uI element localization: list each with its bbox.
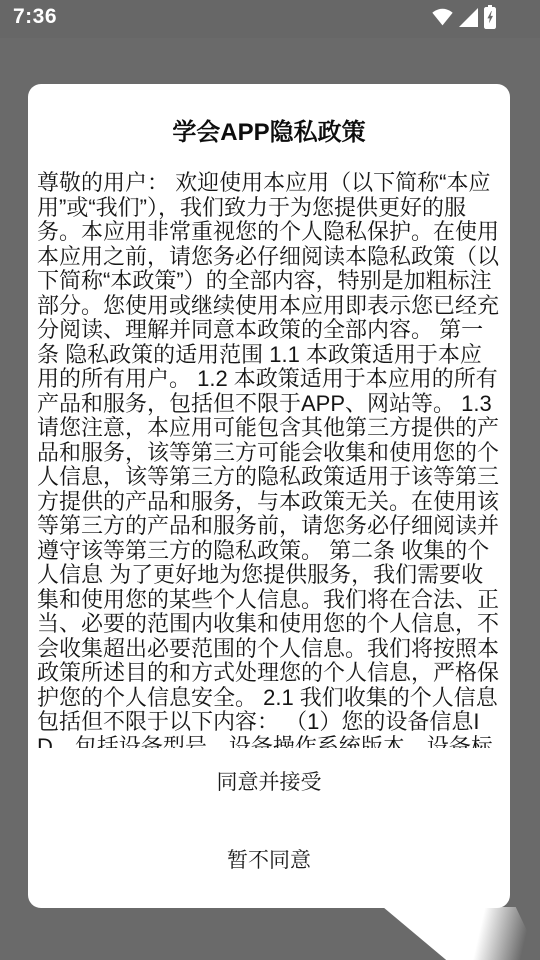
battery-charging-icon: [484, 5, 496, 29]
privacy-policy-dialog: 学会APP隐私政策 尊敬的用户： 欢迎使用本应用（以下简称“本应用”或“我们”）…: [28, 84, 510, 908]
status-bar: 7:36: [0, 0, 540, 38]
wifi-icon: [432, 8, 453, 26]
cellular-signal-icon: [459, 8, 478, 27]
agree-button[interactable]: 同意并接受: [28, 760, 510, 806]
dialog-title: 学会APP隐私政策: [28, 84, 510, 150]
status-icons: [432, 4, 496, 30]
corner-artifact: [383, 907, 540, 960]
status-time: 7:36: [13, 5, 57, 29]
disagree-button[interactable]: 暂不同意: [28, 838, 510, 884]
privacy-policy-text[interactable]: 尊敬的用户： 欢迎使用本应用（以下简称“本应用”或“我们”），我们致力于为您提供…: [28, 171, 510, 748]
